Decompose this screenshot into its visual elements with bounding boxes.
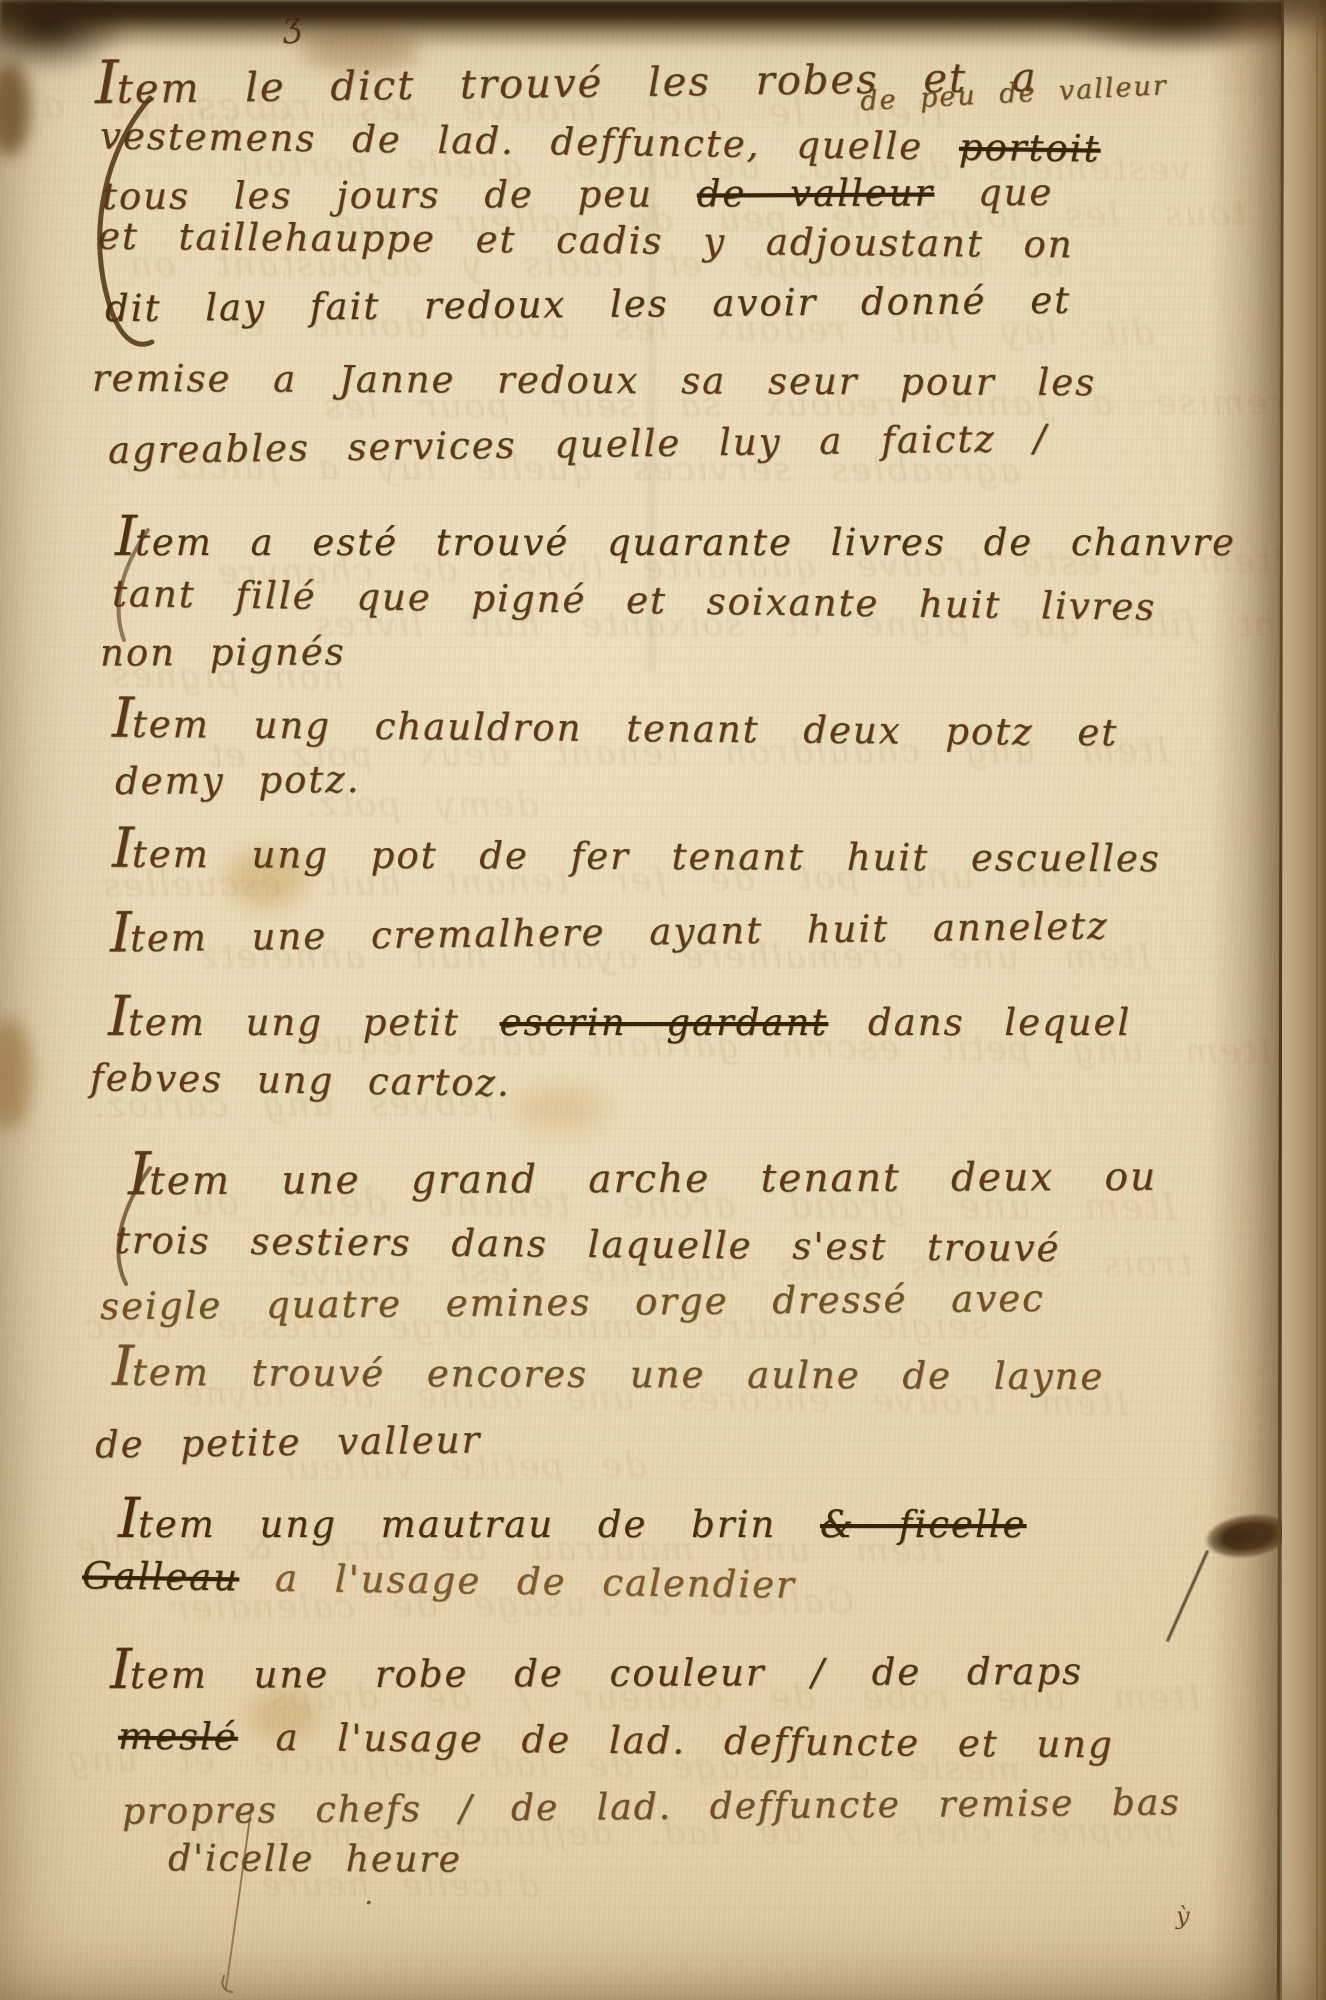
- initial-letter: I: [112, 816, 134, 881]
- binding-gutter-shadow: [1208, 0, 1282, 2000]
- struck-text: meslé: [118, 1715, 238, 1759]
- text-run: non pignés: [100, 630, 346, 674]
- paper-stain: [515, 1088, 607, 1130]
- manuscript-line: demy potz.: [115, 761, 361, 800]
- text-run: a l'usage de lad. deffuncte et ung: [238, 1716, 1114, 1767]
- page-edge-line: [1316, 0, 1318, 2000]
- text-run: tem ung chauldron tenant deux potz et: [132, 703, 1119, 755]
- text-run: tem trouvé encores une aulne de layne: [132, 1351, 1104, 1398]
- text-run: tem a esté trouvé quarante livres de cha…: [135, 521, 1236, 564]
- ink-mark: ỳ: [1176, 1904, 1190, 1928]
- text-run: a l'usage de calendier: [239, 1556, 796, 1606]
- text-run: febves ung cartoz.: [90, 1056, 511, 1105]
- manuscript-line: Item ung petit escrin gardant dans leque…: [108, 1004, 1131, 1041]
- paper-stain: [0, 1018, 32, 1130]
- manuscript-line: propres chefs / de lad. deffuncte remise…: [122, 1785, 1181, 1830]
- text-run: trois sestiers dans laquelle s'est trouv…: [115, 1219, 1061, 1270]
- text-run: de petite valleur: [95, 1418, 482, 1466]
- manuscript-line: tous les jours de peu de valleur que: [102, 174, 1053, 215]
- manuscript-line: Item trouvé encores une aulne de layne: [112, 1354, 1104, 1395]
- manuscript-page: Item le dict trouvé les robes et ade peu…: [0, 0, 1326, 2000]
- manuscript-line: seigle quatre emines orge dressé avec: [100, 1280, 1045, 1325]
- struck-text: escrin gardant: [500, 1001, 829, 1044]
- next-page-edge: [1282, 0, 1326, 2000]
- struck-text: de valleur: [697, 171, 935, 215]
- manuscript-line: Item une grand arche tenant deux ou: [128, 1158, 1157, 1201]
- manuscript-line: d'icelle heure: [168, 1841, 462, 1878]
- manuscript-line: remise a Janne redoux sa seur pour les: [92, 360, 1096, 401]
- initial-letter: I: [118, 1486, 140, 1551]
- ink-drip-stroke: [1166, 1550, 1209, 1643]
- manuscript-line: de petite valleur: [95, 1421, 482, 1463]
- manuscript-line: dit lay fait redoux les avoir donné et: [105, 282, 1071, 327]
- manuscript-line: Item une robe de couleur / de draps: [110, 1653, 1083, 1694]
- manuscript-line: trois sestiers dans laquelle s'est trouv…: [115, 1222, 1061, 1267]
- binding-crease: [1277, 0, 1284, 2000]
- manuscript-line: Item ung mautrau de brin & ficelle: [118, 1506, 1026, 1543]
- text-run: tem ung mautrau de brin: [138, 1503, 820, 1546]
- text-run: tem une grand arche tenant deux ou: [149, 1155, 1157, 1204]
- text-run: dit lay fait redoux les avoir donné et: [105, 279, 1071, 330]
- text-run: tem une robe de couleur / de draps: [130, 1650, 1083, 1697]
- text-run: dans lequel: [828, 1001, 1131, 1044]
- manuscript-line: non pignés: [100, 633, 346, 671]
- initial-letter: I: [128, 1140, 151, 1208]
- text-run: tem ung petit: [128, 1001, 500, 1044]
- paper-stain: [0, 62, 30, 156]
- text-run: que: [934, 171, 1053, 215]
- initial-letter: I: [108, 984, 130, 1049]
- struck-text: & ficelle: [820, 1503, 1026, 1546]
- manuscript-line: et taillehauppe et cadis y adjoustant on: [98, 218, 1074, 264]
- manuscript-line: Item a esté trouvé quarante livres de ch…: [115, 524, 1236, 561]
- manuscript-line: Item ung pot de fer tenant huit escuelle…: [112, 836, 1161, 878]
- ink-mark: .: [364, 1880, 374, 1910]
- initial-letter: I: [110, 1637, 132, 1702]
- manuscript-line: Item ung chauldron tenant deux potz et: [112, 706, 1118, 752]
- manuscript-line: meslé a l'usage de lad. deffuncte et ung: [118, 1718, 1114, 1764]
- text-run: seigle quatre emines orge dressé avec: [100, 1277, 1045, 1328]
- manuscript-line: Galleau a l'usage de calendier: [82, 1557, 796, 1603]
- ink-hairline-hook: [219, 1975, 236, 1994]
- text-run: d'icelle heure: [168, 1838, 462, 1880]
- text-run: demy potz.: [115, 758, 361, 803]
- struck-text: Galleau: [82, 1554, 240, 1599]
- initial-letter: I: [112, 1334, 134, 1399]
- struck-text: portoit: [959, 126, 1101, 171]
- text-run: remise a Janne redoux sa seur pour les: [92, 357, 1096, 404]
- text-run: tem ung pot de fer tenant huit escuelles: [132, 833, 1161, 880]
- initial-letter: I: [115, 504, 137, 569]
- text-run: tous les jours de peu: [102, 172, 697, 218]
- manuscript-line: febves ung cartoz.: [90, 1059, 511, 1102]
- ink-blot: [1201, 1508, 1294, 1564]
- text-run: et taillehauppe et cadis y adjoustant on: [98, 215, 1074, 267]
